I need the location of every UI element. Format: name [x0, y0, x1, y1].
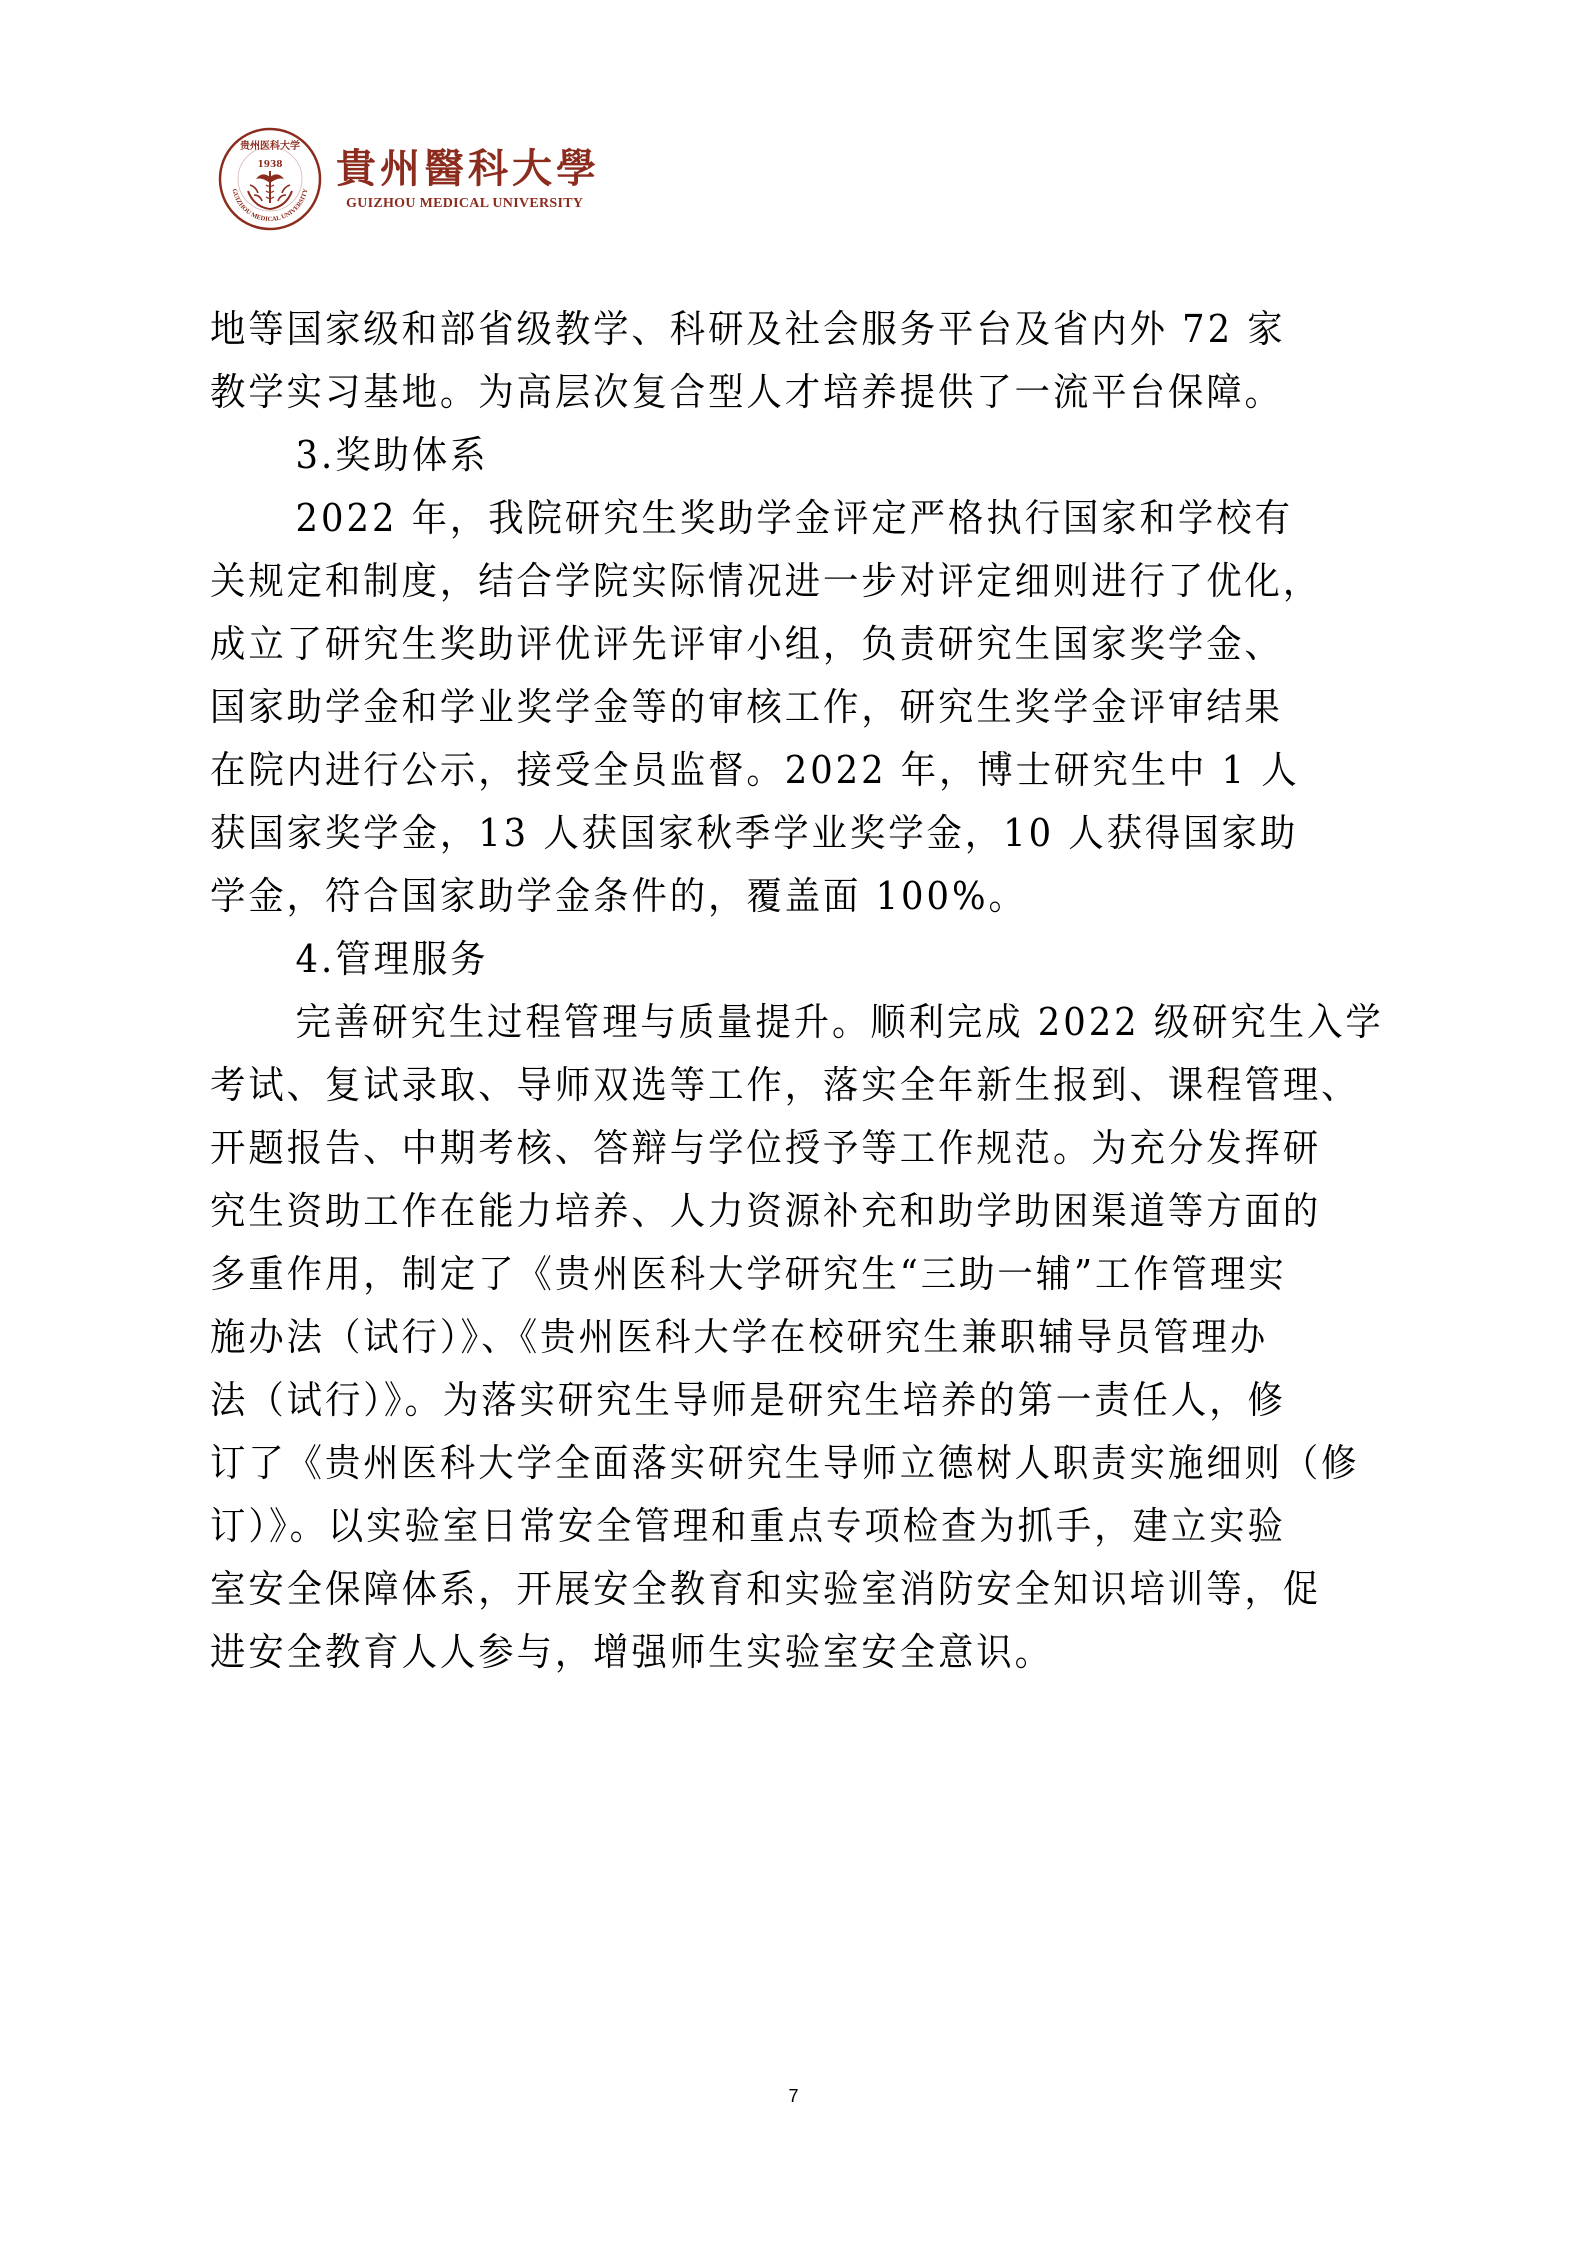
paragraph-line: 法（试行）》。为落实研究生导师是研究生培养的第一责任人，修 — [210, 1369, 1307, 1432]
section-heading-scholarship-system: 3.奖助体系 — [210, 424, 1307, 487]
paragraph-line: 关规定和制度，结合学院实际情况进一步对评定细则进行了优化， — [210, 550, 1307, 613]
svg-text:1938: 1938 — [257, 160, 282, 170]
paragraph-line: 获国家奖学金，13 人获国家秋季学业奖学金，10 人获得国家助 — [210, 802, 1307, 865]
university-name-en: GUIZHOU MEDICAL UNIVERSITY — [346, 196, 583, 212]
paragraph-line: 多重作用，制定了《贵州医科大学研究生“三助一辅”工作管理实 — [210, 1243, 1307, 1306]
svg-text:贵州医科大学: 贵州医科大学 — [240, 139, 300, 152]
paragraph-line: 室安全保障体系，开展安全教育和实验室消防安全知识培训等，促 — [210, 1558, 1307, 1621]
page-number: 7 — [0, 2086, 1587, 2107]
paragraph-line: 国家助学金和学业奖学金等的审核工作，研究生奖学金评审结果 — [210, 676, 1307, 739]
university-seal-logo: 1938 贵州医科大学 GUIZHOU MEDICAL UNIVERSITY — [218, 127, 322, 231]
paragraph-line: 地等国家级和部省级教学、科研及社会服务平台及省内外 72 家 — [210, 298, 1307, 361]
university-wordmark: 貴州醫科大學 GUIZHOU MEDICAL UNIVERSITY — [336, 146, 600, 212]
paragraph-line: 进安全教育人人参与，增强师生实验室安全意识。 — [210, 1621, 1307, 1684]
paragraph-line: 究生资助工作在能力培养、人力资源补充和助学助困渠道等方面的 — [210, 1180, 1307, 1243]
paragraph-line: 教学实习基地。为高层次复合型人才培养提供了一流平台保障。 — [210, 361, 1307, 424]
paragraph-line: 成立了研究生奖助评优评先评审小组，负责研究生国家奖学金、 — [210, 613, 1307, 676]
seal-emblem-icon: 1938 贵州医科大学 GUIZHOU MEDICAL UNIVERSITY — [218, 127, 322, 231]
paragraph-line: 在院内进行公示，接受全员监督。2022 年，博士研究生中 1 人 — [210, 739, 1307, 802]
university-name-cn: 貴州醫科大學 — [336, 146, 600, 192]
paragraph-line: 订）》。以实验室日常安全管理和重点专项检查为抓手，建立实验 — [210, 1495, 1307, 1558]
paragraph-line: 学金，符合国家助学金条件的，覆盖面 100%。 — [210, 865, 1307, 928]
paragraph-line: 施办法（试行）》、《贵州医科大学在校研究生兼职辅导员管理办 — [210, 1306, 1307, 1369]
section-heading-management-services: 4.管理服务 — [210, 928, 1307, 991]
paragraph-line: 订了《贵州医科大学全面落实研究生导师立德树人职责实施细则（修 — [210, 1432, 1307, 1495]
paragraph-line: 考试、复试录取、导师双选等工作，落实全年新生报到、课程管理、 — [210, 1054, 1307, 1117]
paragraph-line: 完善研究生过程管理与质量提升。顺利完成 2022 级研究生入学 — [210, 991, 1307, 1054]
document-body: 地等国家级和部省级教学、科研及社会服务平台及省内外 72 家 教学实习基地。为高… — [210, 298, 1390, 1684]
paragraph-line: 开题报告、中期考核、答辩与学位授予等工作规范。为充分发挥研 — [210, 1117, 1307, 1180]
paragraph-line: 2022 年，我院研究生奖助学金评定严格执行国家和学校有 — [210, 487, 1307, 550]
page-header: 1938 贵州医科大学 GUIZHOU MEDICAL UNIVERSITY 貴… — [218, 124, 600, 234]
